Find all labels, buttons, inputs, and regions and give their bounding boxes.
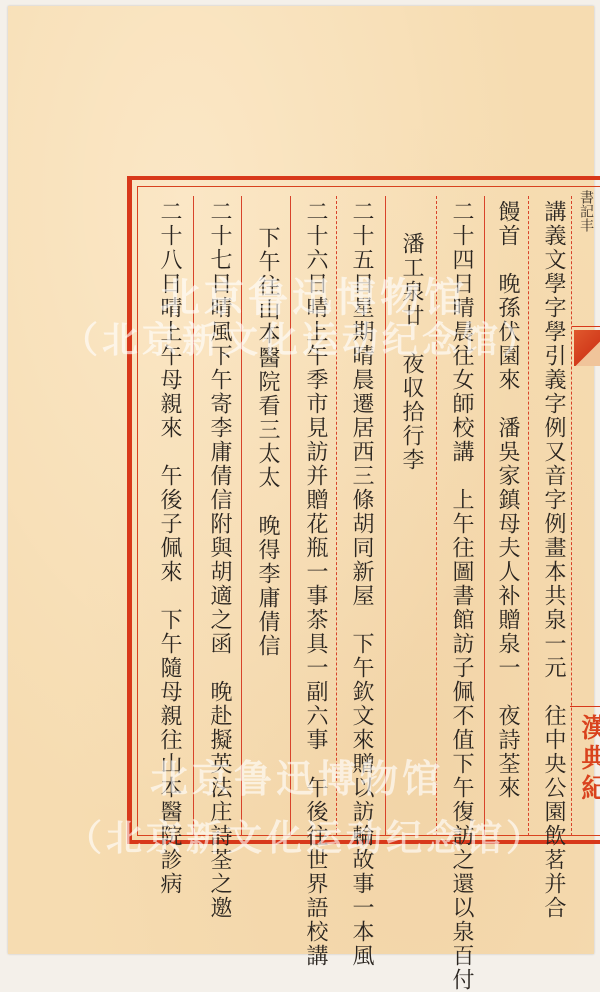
- side-label: 漢典紀: [574, 714, 600, 804]
- red-corner-tab: [574, 330, 600, 366]
- tab-rule: [572, 326, 600, 327]
- watermark-museum-subname: （北京新文化运动纪念馆）: [62, 312, 542, 363]
- side-label-rule: [570, 706, 600, 707]
- diary-column-2: 饅首 晚孫伏園來 潘吳家鎮母夫人补贈泉一 夜詩荃來: [492, 200, 522, 800]
- edge-fragment-text: 書記丰: [576, 190, 596, 232]
- column-divider: [484, 196, 485, 836]
- watermark-museum-name: 北京鲁迅博物馆: [150, 748, 444, 803]
- column-divider: [571, 196, 572, 836]
- column-divider: [528, 196, 529, 836]
- watermark-museum-subname: （北京新文化运动纪念馆）: [66, 810, 546, 861]
